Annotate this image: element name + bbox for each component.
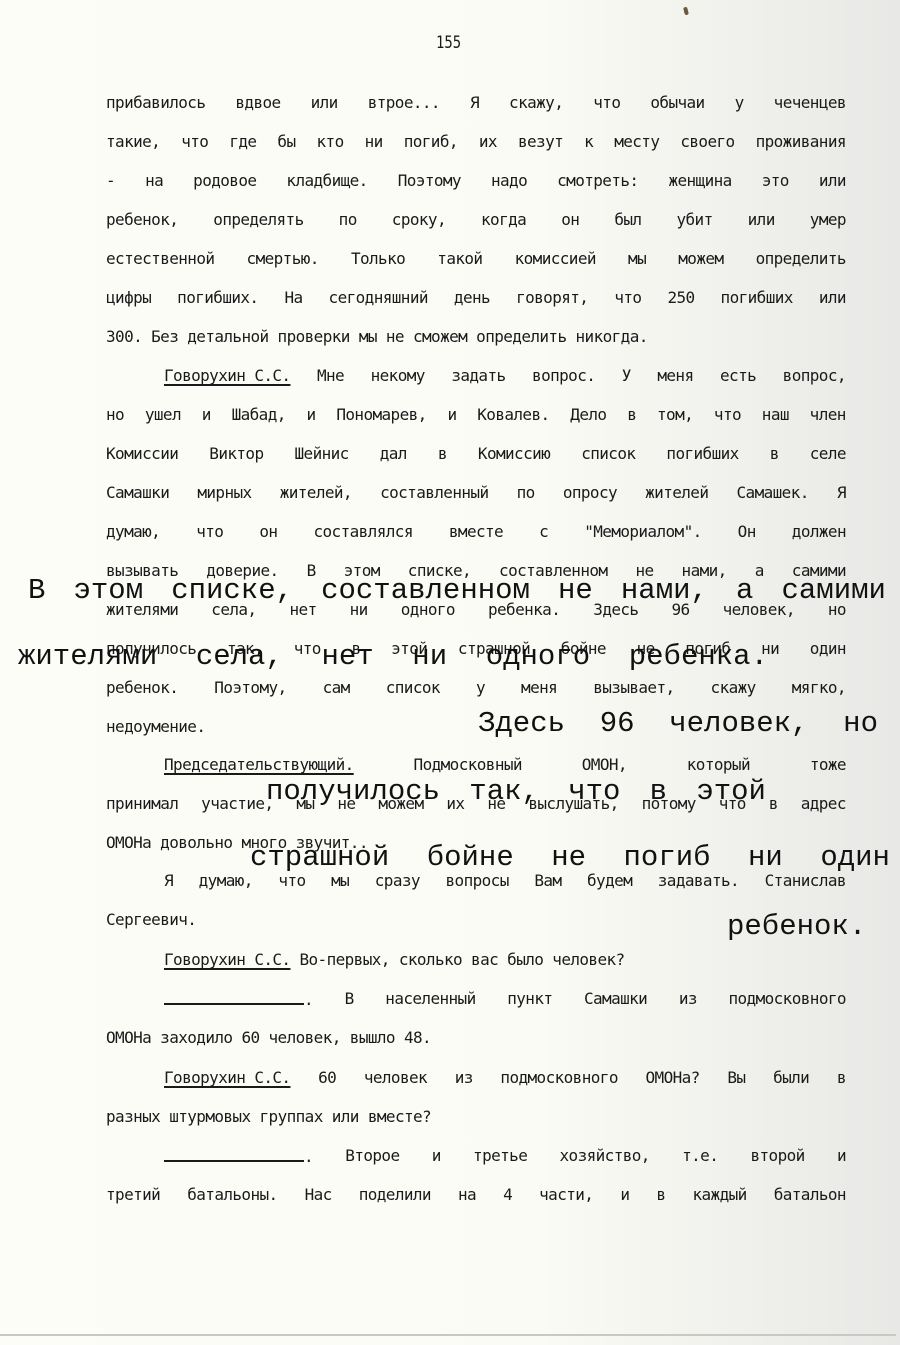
speaker-name: Председательствующий.: [164, 755, 354, 774]
redacted-speaker-blank: [164, 989, 304, 1005]
page-edge: [0, 1334, 896, 1336]
text-line: думаю,чтоонсоставлялсявместес"Мемориалом…: [106, 522, 846, 541]
text-line: .Второеитретьехозяйство,т.е.второйи: [164, 1146, 846, 1166]
text-line: такие,чтогдебыктонипогиб,ихвезуткместусв…: [106, 132, 846, 151]
overlay-line: Вэтомсписке,составленномненами,асамими: [28, 574, 886, 607]
text-line: .ВнаселенныйпунктСамашкиизподмосковного: [164, 989, 846, 1009]
overlay-line: получилосьтак,чтовэтой: [266, 775, 766, 808]
text-line: разныхштурмовыхгруппахиливместе?: [106, 1107, 846, 1126]
text-line: 300.Бездетальнойпроверкимынесможемопреде…: [106, 327, 846, 346]
text-line: Председательствующий.ПодмосковныйОМОН,ко…: [164, 755, 846, 774]
overlay-line: жителямисела,нетниодногоребенка.: [18, 640, 768, 673]
text-line: цифрыпогибших.Насегодняшнийденьговорят,ч…: [106, 288, 846, 307]
redacted-speaker-blank: [164, 1146, 304, 1162]
text-line: Самашкимирныхжителей,составленныйпоопрос…: [106, 483, 846, 502]
page-number: 155: [436, 33, 461, 53]
text-line: третийбатальоны.Насподелилина4части,ивка…: [106, 1185, 846, 1204]
ink-speck: [683, 7, 689, 16]
overlay-line: ребенок.: [727, 910, 867, 943]
text-line: ОМОНазаходило60человек,вышло48.: [106, 1028, 846, 1047]
text-line: естественнойсмертью.Толькотакойкомиссией…: [106, 249, 846, 268]
text-line: ребенок.Поэтому,самсписокуменявызывает,с…: [106, 678, 846, 697]
speaker-name: Говорухин С.С.: [164, 366, 290, 385]
text-line: Говорухин С.С.Мненекомузадатьвопрос.Умен…: [164, 366, 846, 385]
text-line: Говорухин С.С.60человекизподмосковногоОМ…: [164, 1068, 846, 1087]
text-line: КомиссииВикторШейнисдалвКомиссиюсписокпо…: [106, 444, 846, 463]
text-line: прибавилосьвдвоеиливтрое...Яскажу,чтообы…: [106, 93, 846, 112]
overlay-line: Здесь96человек,но: [478, 707, 878, 740]
text-line: Говорухин С.С.Во-первых,скольковасбылоче…: [164, 950, 846, 969]
speaker-name: Говорухин С.С.: [164, 950, 290, 969]
text-line: -народовоекладбище.Поэтомунадосмотреть:ж…: [106, 171, 846, 190]
text-line: ноушелиШабад,иПономарев,иКовалев.Деловто…: [106, 405, 846, 424]
text-line: ребенок,определятьпосроку,когдаонбылубит…: [106, 210, 846, 229]
speaker-name: Говорухин С.С.: [164, 1068, 290, 1087]
overlay-line: страшнойбойненепогибниодин: [250, 841, 890, 874]
